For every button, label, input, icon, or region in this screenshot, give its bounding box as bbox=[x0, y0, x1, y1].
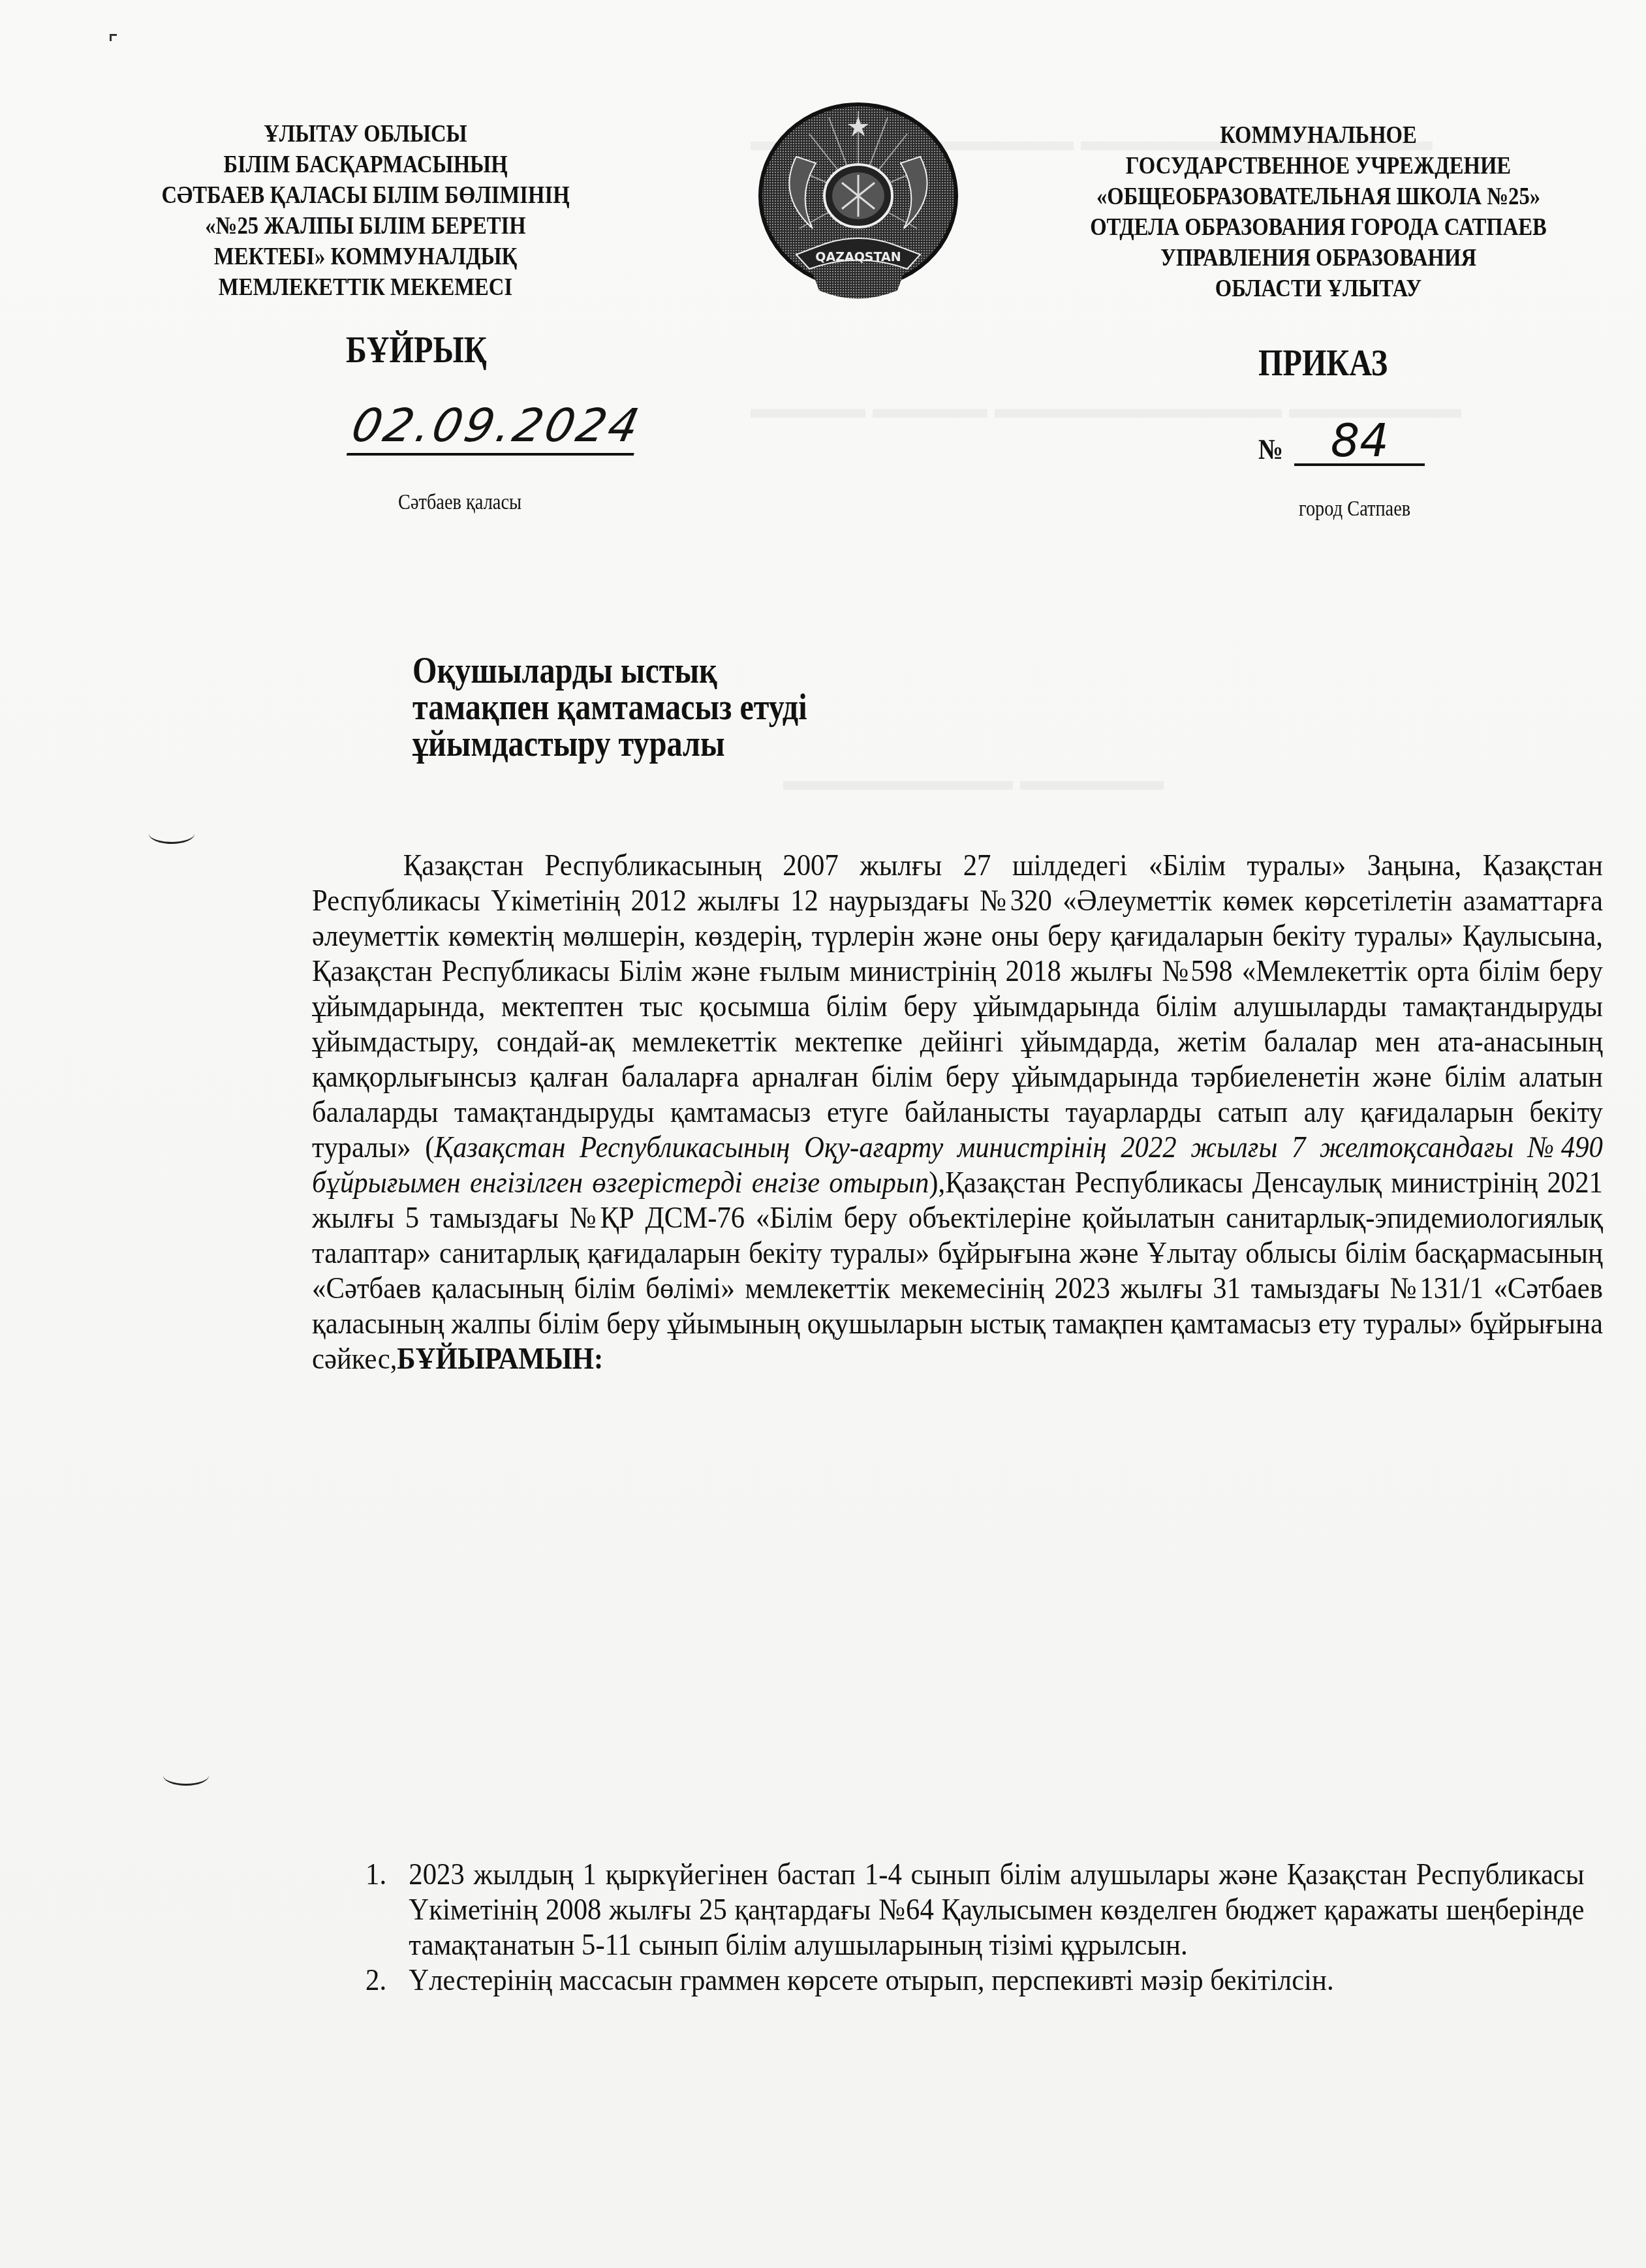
item-number: 2. bbox=[365, 1963, 386, 1998]
header-ru-line: ГОСУДАРСТВЕННОЕ УЧРЕЖДЕНИЕ bbox=[1049, 151, 1588, 181]
order-title-ru: ПРИКАЗ bbox=[1258, 343, 1388, 384]
order-command: БҰЙЫРАМЫН: bbox=[397, 1343, 603, 1376]
header-ru-line: УПРАВЛЕНИЯ ОБРАЗОВАНИЯ bbox=[1049, 243, 1588, 273]
header-kz-line: ҰЛЫТАУ ОБЛЫСЫ bbox=[135, 119, 595, 149]
header-org-ru: КОММУНАЛЬНОЕ ГОСУДАРСТВЕННОЕ УЧРЕЖДЕНИЕ … bbox=[1049, 120, 1588, 304]
item-text: 2023 жылдың 1 қыркүйегінен бастап 1-4 сы… bbox=[409, 1858, 1584, 1962]
header-ru-line: «ОБЩЕОБРАЗОВАТЕЛЬНАЯ ШКОЛА №25» bbox=[1049, 181, 1588, 212]
number-sign: № bbox=[1258, 433, 1283, 466]
punch-hole-mark bbox=[149, 824, 194, 844]
order-item: 2. Үлестерінің массасын граммен көрсете … bbox=[365, 1963, 1585, 1998]
header-kz-line: МЕМЛЕКЕТТІК МЕКЕМЕСІ bbox=[135, 272, 595, 303]
header-kz-line: «№25 ЖАЛПЫ БІЛІМ БЕРЕТІН bbox=[135, 211, 595, 241]
order-number-handwritten: 84 bbox=[1294, 418, 1425, 466]
header-ru-line: ОБЛАСТИ ҰЛЫТАУ bbox=[1049, 273, 1588, 304]
header-ru-line: ОТДЕЛА ОБРАЗОВАНИЯ ГОРОДА САТПАЕВ bbox=[1049, 212, 1588, 243]
show-through-text: ▬▬▬▬▬ ▬▬▬▬▬▬▬▬ bbox=[783, 764, 1164, 797]
state-emblem-icon: QAZAQSTAN bbox=[751, 98, 966, 307]
header-kz-line: БІЛІМ БАСҚАРМАСЫНЫҢ bbox=[135, 149, 595, 180]
city-kz: Сәтбаев қаласы bbox=[398, 491, 521, 515]
subject-line: ұйымдастыру туралы bbox=[412, 726, 918, 762]
header-kz-line: СӘТБАЕВ ҚАЛАСЫ БІЛІМ БӨЛІМІНІҢ bbox=[135, 180, 595, 211]
subject-line: Оқушыларды ыстық bbox=[412, 653, 918, 689]
order-item: 1. 2023 жылдың 1 қыркүйегінен бастап 1-4… bbox=[365, 1857, 1585, 1963]
document-page: ▬▬▬▬ ▬▬▬▬▬▬▬▬ ▬▬▬▬▬ ▬▬▬▬▬▬ ▬▬▬▬▬▬ ▬▬▬▬▬▬… bbox=[0, 0, 1646, 2268]
order-date-handwritten: 02.09.2024 bbox=[347, 399, 645, 456]
order-preamble: Қазақстан Республикасының 2007 жылғы 27 … bbox=[312, 848, 1603, 1377]
subject-line: тамақпен қамтамасыз етуді bbox=[412, 689, 918, 726]
item-text: Үлестерінің массасын граммен көрсете оты… bbox=[409, 1964, 1333, 1997]
punch-hole-mark bbox=[163, 1765, 209, 1786]
order-subject: Оқушыларды ыстық тамақпен қамтамасыз ету… bbox=[412, 653, 918, 762]
scan-corner-mark bbox=[110, 34, 117, 41]
header-org-kz: ҰЛЫТАУ ОБЛЫСЫ БІЛІМ БАСҚАРМАСЫНЫҢ СӘТБАЕ… bbox=[135, 119, 595, 303]
order-number: № 84 bbox=[1256, 418, 1425, 466]
svg-text:QAZAQSTAN: QAZAQSTAN bbox=[815, 250, 901, 264]
header-ru-line: КОММУНАЛЬНОЕ bbox=[1049, 120, 1588, 151]
header-kz-line: МЕКТЕБІ» КОММУНАЛДЫҚ bbox=[135, 241, 595, 272]
preamble-text: Қазақстан Республикасының 2007 жылғы 27 … bbox=[312, 849, 1603, 1164]
item-number: 1. bbox=[365, 1857, 386, 1893]
order-title-kz: БҰЙРЫҚ bbox=[346, 330, 487, 371]
order-items: 1. 2023 жылдың 1 қыркүйегінен бастап 1-4… bbox=[365, 1857, 1585, 1998]
city-ru: город Сатпаев bbox=[1299, 497, 1410, 521]
